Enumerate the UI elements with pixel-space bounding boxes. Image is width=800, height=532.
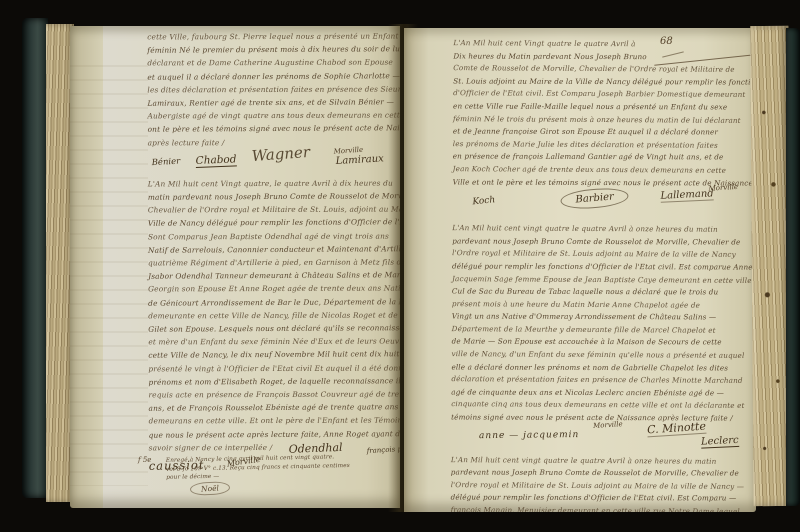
book-cover-left <box>22 18 48 498</box>
signature-lallemand: Lallemand <box>660 188 714 202</box>
signature-minotte: C. Minotte <box>647 419 707 437</box>
act2-signature-row: Morville anne — jacquemin C. Minotte Lec… <box>451 424 741 456</box>
birth-act-sophie-charlotte: cette Ville, faubourg St. Pierre lequel … <box>147 30 391 150</box>
manuscript-line: les dites déclaration et présentation fa… <box>147 82 391 96</box>
manuscript-line: féminin Né le premier du présent mois à … <box>147 42 391 57</box>
left-page: cette Ville, faubourg St. Pierre lequel … <box>70 26 400 508</box>
manuscript-line: Sont Comparus Jean Baptiste Odendhal agé… <box>148 229 392 243</box>
manuscript-line: cette Ville de Nancy, le dix neuf Novemb… <box>148 348 392 363</box>
manuscript-line: Natif de Sarrelouis, Canonnier conducteu… <box>148 242 392 257</box>
manuscript-line: ans, et de François Rousselot Ebéniste a… <box>148 401 392 416</box>
manuscript-line: déclarant et de Dame Catherine Augustine… <box>147 56 391 70</box>
manuscript-line: Ville de Nancy délégué pour remplir les … <box>148 216 392 231</box>
signature-benier: Bénier <box>151 156 180 168</box>
manuscript-line: Gilet son Epouse. Lesquels nous ont décl… <box>148 321 392 336</box>
birth-act-gabrielle-chapelot: L'An Mil huit cent vingt quatre le quatr… <box>451 222 742 425</box>
signature-chabod: Chabod <box>195 153 236 168</box>
book-cover-right <box>786 28 800 506</box>
right-page-content: L'An Mil huit cent Vingt quatre le quatr… <box>451 37 744 512</box>
signature-lamiraux: Lamiraux <box>335 153 384 167</box>
manuscript-line: matin pardevant nous Joseph Bruno Comte … <box>148 189 392 204</box>
signature-leclerc: Leclerc <box>701 435 739 449</box>
signature-koch: Koch <box>472 195 496 207</box>
manuscript-line: Georgin son Epouse Et Anne Roget agée de… <box>148 282 392 296</box>
officiant-signature: Morville <box>593 420 623 430</box>
birth-act-mangin-begins: L'An Mil huit cent vingt quatre le quatr… <box>451 454 741 512</box>
right-page: 68 L'An Mil huit cent Vingt quatre le qu… <box>404 28 756 512</box>
signature-anne-jacquemin: anne — jacquemin <box>479 430 579 441</box>
manuscript-line: et auquel il a déclaré donner les prénom… <box>147 69 391 84</box>
manuscript-line: présenté le vingt à l'Officier de l'Etat… <box>148 361 392 375</box>
registration-fee-mark: f 5e <box>138 456 151 464</box>
registrar-signature: Noël <box>190 481 231 496</box>
manuscript-line: françois Mangin, Menuisier demeurant en … <box>451 504 741 512</box>
birth-act-marie-julie-barbier: L'An Mil huit cent Vingt quatre le quatr… <box>453 37 744 190</box>
manuscript-line: demeurans en cette ville. Et ont le père… <box>149 414 393 428</box>
manuscript-line: Lamiraux, Rentier agé de trente six ans,… <box>147 95 391 110</box>
recognition-act-elisabeth-roget: L'An Mil huit cent Vingt quatre, le quat… <box>148 176 393 454</box>
manuscript-line: demeurante en cette Ville de Nancy, fill… <box>148 308 392 322</box>
manuscript-line: ville de Nancy, d'un Enfant du sexe fémi… <box>451 348 741 362</box>
register-scan: cette Ville, faubourg St. Pierre lequel … <box>0 0 800 532</box>
manuscript-line: L'An Mil huit cent Vingt quatre, le quat… <box>148 176 392 190</box>
manuscript-line: Jsabor Odendhal Tanneur demeurant à Chât… <box>148 269 392 284</box>
act1-signature-row: Morville Koch Barbier Lallemand <box>452 188 742 224</box>
signature-wagner: Wagner <box>251 143 311 165</box>
registration-margin-note: Enregé à Nancy le cinq avril mil huit ce… <box>166 451 400 482</box>
manuscript-line: l'Ordre royal et Militaire de St. Louis … <box>452 247 742 261</box>
manuscript-line: prénoms et nom d'Elisabeth Roget, de laq… <box>148 374 392 389</box>
manuscript-line: ont le père et les témoins signé avec no… <box>148 122 392 137</box>
act1-signature-row: Morville Bénier Chabod Wagner Lamiraux <box>148 148 392 177</box>
manuscript-line: L'An Mil huit cent vingt quatre le quatr… <box>452 222 742 236</box>
signature-barbier: Barbier <box>560 186 630 210</box>
manuscript-line: que nous le présent acte après lecture f… <box>149 427 393 442</box>
manuscript-line: Comte de Rousselot de Morville, Chevalie… <box>453 62 743 76</box>
left-page-content: cette Ville, faubourg St. Pierre lequel … <box>147 30 393 479</box>
manuscript-line: Jean Koch Cocher agé de trente deux ans … <box>453 163 743 177</box>
show-through-writing <box>70 56 148 486</box>
manuscript-line: déclaration et présentation faites en pr… <box>451 373 741 387</box>
manuscript-line: de Génicourt Arrondissement de Bar le Du… <box>148 295 392 310</box>
manuscript-line: L'An Mil huit cent Vingt quatre le quatr… <box>453 37 743 51</box>
